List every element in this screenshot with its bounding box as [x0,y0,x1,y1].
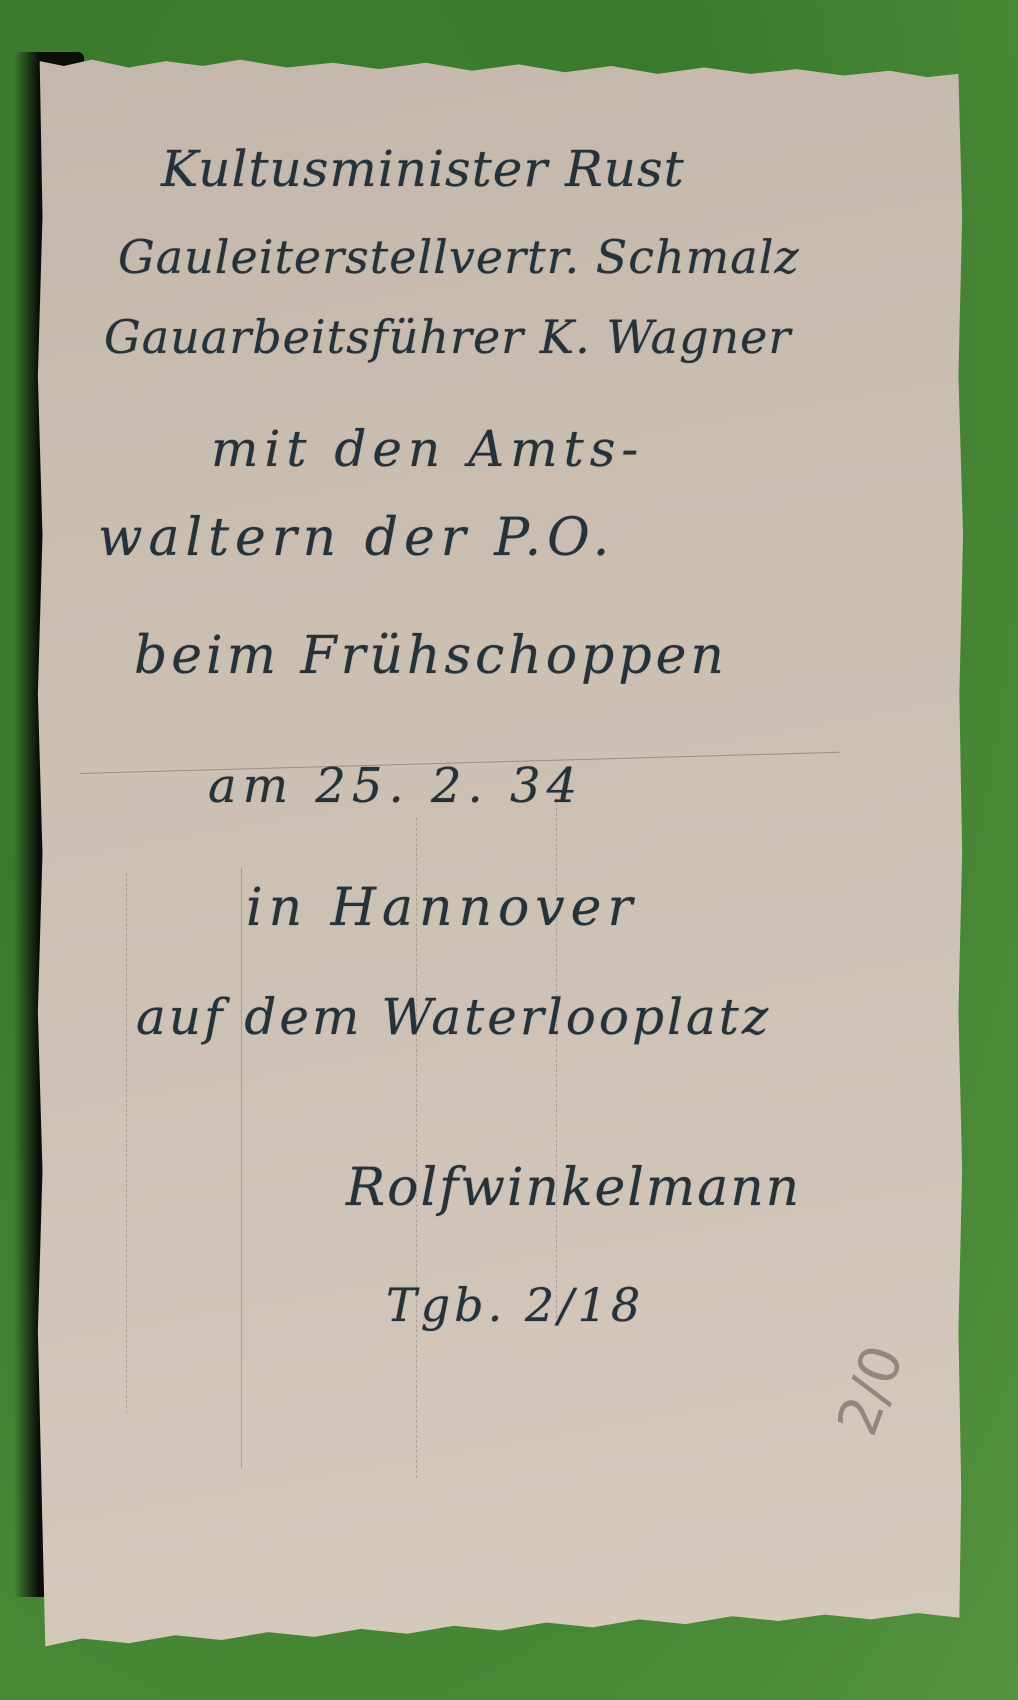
guide-line [241,868,242,1468]
postcard-back: Kultusminister Rust Gauleiterstellvertr.… [36,58,964,1648]
inscription-line-2: Gauleiterstellvertr. Schmalz [118,230,800,284]
inscription-line-1: Kultusminister Rust [161,140,685,198]
inscription-line-3: Gauarbeitsführer K. Wagner [104,310,791,364]
inscription-line-5: waltern der P.O. [98,508,615,568]
inscription-line-9: auf dem Waterlooplatz [136,988,771,1046]
inscription-date-line: am 25. 2. 34 [208,758,583,814]
inscription-line-4: mit den Amts- [211,420,644,478]
reference-number: Tgb. 2/18 [386,1278,644,1332]
inscription-line-8: in Hannover [246,878,638,938]
pencil-annotation: 2/0 [825,1337,917,1444]
guide-line [556,798,558,1318]
inscription-line-6: beim Frühschoppen [134,626,728,686]
guide-line [126,873,128,1413]
signature: Rolfwinkelmann [346,1158,801,1218]
